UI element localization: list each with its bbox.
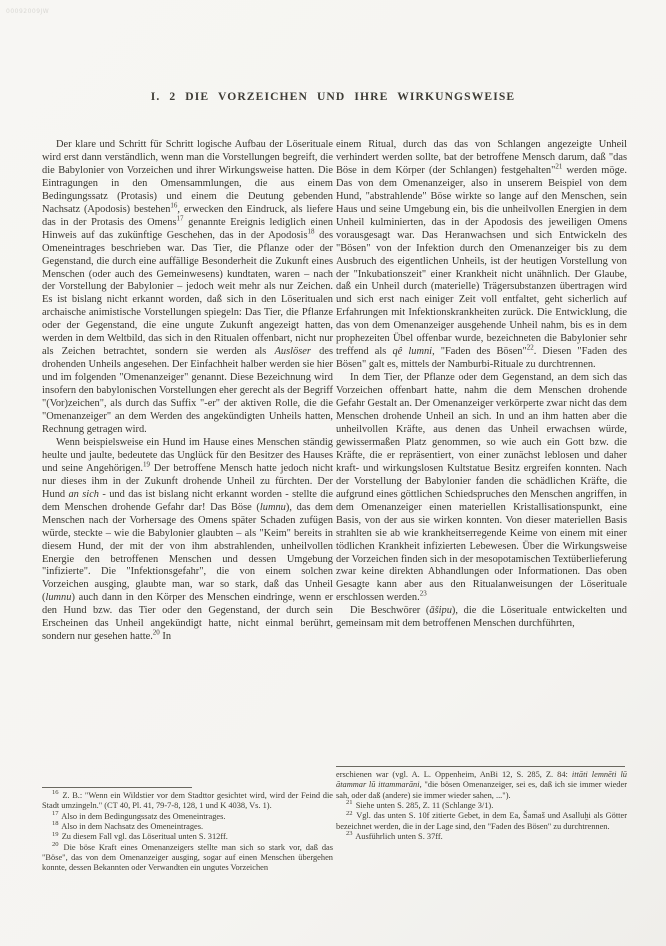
paragraph: Die Beschwörer (āšipu), die die Löseritu…	[336, 605, 627, 631]
footnote-list-left: 16 Z. B.: "Wenn ein Wildstier vor dem St…	[42, 791, 333, 874]
paragraph: Der klare und Schritt für Schritt logisc…	[42, 139, 333, 437]
footnote-number: 16	[52, 789, 59, 796]
footnote-number: 21	[346, 799, 353, 806]
footnote-number: 22	[346, 810, 353, 817]
footnote-number: 17	[52, 810, 59, 817]
footnotes-left: 16 Z. B.: "Wenn ein Wildstier vor dem St…	[42, 787, 333, 874]
footnote-number: 23	[346, 830, 353, 837]
footnote: 20 Die böse Kraft eines Omenanzeigers st…	[42, 843, 333, 874]
footnote: 23 Ausführlich unten S. 37ff.	[336, 832, 627, 842]
paragraph: In dem Tier, der Pflanze oder dem Gegens…	[336, 372, 627, 605]
footnote-number: 18	[52, 820, 59, 827]
footnotes-right: erschienen war (vgl. A. L. Oppenheim, An…	[336, 766, 627, 842]
footnote: 21 Siehe unten S. 285, Z. 11 (Schlange 3…	[336, 801, 627, 811]
footnote-number: 20	[52, 841, 59, 848]
footnote: 19 Zu diesem Fall vgl. das Löseritual un…	[42, 832, 333, 842]
footnote: erschienen war (vgl. A. L. Oppenheim, An…	[336, 770, 627, 801]
footnote: 22 Vgl. das unten S. 10f zitierte Gebet,…	[336, 811, 627, 832]
footnote-separator	[42, 787, 192, 788]
paragraph: einem Ritual, durch das das von Schlange…	[336, 139, 627, 372]
scanned-book-page: { "watermark": "00092009JW", "header": {…	[0, 0, 666, 946]
footnote: 18 Also in dem Nachsatz des Omeneintrage…	[42, 822, 333, 832]
footnote: 17 Also in dem Bedingungssatz des Omenei…	[42, 812, 333, 822]
footnote: 16 Z. B.: "Wenn ein Wildstier vor dem St…	[42, 791, 333, 812]
footnote-separator	[336, 766, 625, 767]
page-title: I. 2 DIE VORZEICHEN UND IHRE WIRKUNGSWEI…	[0, 90, 666, 103]
paragraph: Wenn beispielsweise ein Hund im Hause ei…	[42, 437, 333, 644]
footnote-list-right: erschienen war (vgl. A. L. Oppenheim, An…	[336, 770, 627, 842]
text-column-right: einem Ritual, durch das das von Schlange…	[336, 139, 627, 631]
text-column-left: Der klare und Schritt für Schritt logisc…	[42, 139, 333, 644]
footnote-number: 19	[52, 831, 59, 838]
scan-watermark: 00092009JW	[6, 8, 49, 15]
